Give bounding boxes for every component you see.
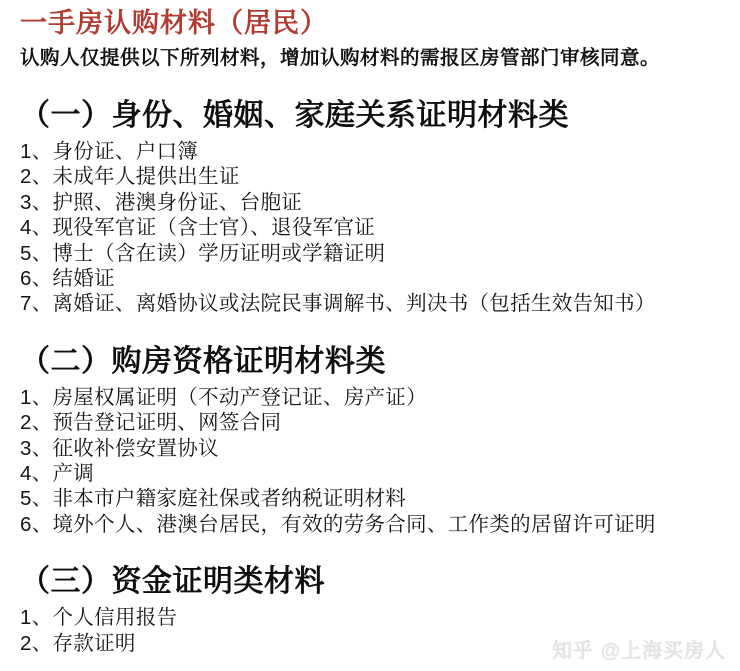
section-heading-2: （二）购房资格证明材料类	[20, 343, 726, 381]
section-heading-1: （一）身份、婚姻、家庭关系证明材料类	[20, 97, 726, 135]
list-item: 6、结婚证	[20, 266, 726, 291]
page-subtitle: 认购人仅提供以下所列材料，增加认购材料的需报区房管部门审核同意。	[20, 45, 726, 71]
list-item: 3、护照、港澳身份证、台胞证	[20, 190, 726, 215]
list-item: 2、预告登记证明、网签合同	[20, 410, 726, 435]
list-item: 1、房屋权属证明（不动产登记证、房产证）	[20, 385, 726, 410]
list-item: 1、身份证、户口簿	[20, 139, 726, 164]
list-item: 2、未成年人提供出生证	[20, 164, 726, 189]
section-purchase-qualification: （二）购房资格证明材料类 1、房屋权属证明（不动产登记证、房产证） 2、预告登记…	[20, 343, 726, 537]
list-item: 3、征收补偿安置协议	[20, 436, 726, 461]
list-item: 5、非本市户籍家庭社保或者纳税证明材料	[20, 486, 726, 511]
section-heading-3: （三）资金证明类材料	[20, 563, 726, 601]
list-item: 6、境外个人、港澳台居民，有效的劳务合同、工作类的居留许可证明	[20, 512, 726, 537]
list-item: 7、离婚证、离婚协议或法院民事调解书、判决书（包括生效告知书）	[20, 291, 726, 316]
section-identity-marriage-family: （一）身份、婚姻、家庭关系证明材料类 1、身份证、户口簿 2、未成年人提供出生证…	[20, 97, 726, 317]
list-item: 4、产调	[20, 461, 726, 486]
page-title: 一手房认购材料（居民）	[20, 6, 726, 40]
document-body: 一手房认购材料（居民） 认购人仅提供以下所列材料，增加认购材料的需报区房管部门审…	[0, 0, 740, 656]
list-item: 5、博士（含在读）学历证明或学籍证明	[20, 241, 726, 266]
list-item: 4、现役军官证（含士官）、退役军官证	[20, 215, 726, 240]
zhihu-watermark: 知乎 @上海买房人	[552, 634, 726, 663]
list-item: 1、个人信用报告	[20, 605, 726, 630]
